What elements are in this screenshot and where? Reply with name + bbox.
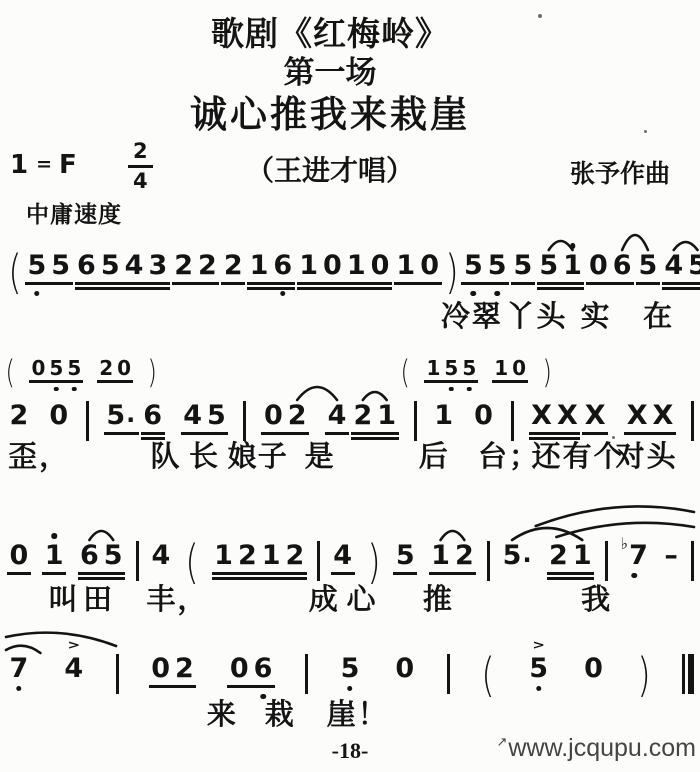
beam-segment: 1212 [211,542,308,582]
beat-group: 55 [24,252,74,292]
note-glyph: 2 [175,655,194,682]
note: 5> [529,655,548,682]
beam-segment: 45 [661,252,700,292]
octave-dot-low [467,387,472,392]
slur [622,235,648,250]
note-glyph: 1 [250,252,269,279]
lyric-syllable: 实 [580,302,611,334]
beam-segment: 02 [148,655,198,695]
note-glyph: 1 [396,252,415,279]
beam-segment: 5 [337,655,363,695]
note: 0 [395,655,414,682]
note: 5· [106,402,136,429]
octave-dot-high [570,243,576,249]
note: 6 [613,252,632,279]
note: 5 [341,655,360,682]
note: 1 [494,358,508,378]
beam-line [529,437,581,440]
note: 2 [288,402,307,429]
note-glyph: 1 [347,252,366,279]
beam-line [331,572,355,575]
note-glyph: 2 [455,542,474,569]
note: 0 [264,402,283,429]
note-glyph: 5 [539,252,558,279]
watermark: ↗www.jcqupu.com [497,735,696,761]
sheet-music-page: 歌剧《红梅岭》 第一场 诚心推我来栽崖 1=F 2 4 （王进才唱） 张予作曲 … [0,0,700,772]
slur [297,387,337,400]
beam-segment: 0 [392,655,418,695]
note: 1 [45,542,64,569]
paren: ) [148,358,157,386]
beam-segment: 0 [46,402,72,442]
octave-dot-low [631,573,637,579]
beat-group: 551 [510,252,585,292]
note: X [653,402,674,429]
note-glyph: 5 [207,402,226,429]
beam-segment: 5 [392,542,418,582]
beam-line [547,572,595,575]
note: 4 [152,542,171,569]
note: 1 [377,402,396,429]
note-glyph: 0 [589,252,608,279]
beam-segment: 12 [428,542,478,582]
note-glyph: 1 [431,542,450,569]
beat-group: 1010 [296,252,393,292]
beat-group: 155 [423,358,479,388]
note: 5 [49,358,63,378]
beat-group: 5> [526,655,552,695]
beam-line [537,282,585,285]
note-glyph: 1 [299,252,318,279]
lyric-syllable: 是 [305,442,336,474]
note: 2 [224,252,243,279]
note-glyph: 1 [377,402,396,429]
lyric-syllable: 娘 [228,442,259,474]
note-glyph: 1 [494,358,508,378]
paren: ) [543,358,552,386]
note-glyph: 1 [262,542,281,569]
beam-segment: X [581,402,609,442]
note-glyph: 0 [31,358,45,378]
flat-icon: ♭ [621,536,629,563]
beam-segment: 1 [41,542,67,582]
beam-line [212,577,307,580]
note: 0 [49,402,68,429]
beam-segment: 4 [324,402,350,442]
slur [6,646,40,653]
note: 7 [10,655,29,682]
note-glyph: – [664,542,678,569]
octave-dot-high [51,533,57,539]
beam-line [424,380,478,383]
barline [605,541,608,581]
beam-segment: 51 [536,252,586,292]
note-glyph: 1 [45,542,64,569]
slur [6,633,116,646]
beam-segment: 055 [28,358,84,388]
note: 1 [563,252,582,279]
note: 0 [151,655,170,682]
note-glyph: 0 [10,542,29,569]
beam-segment: 7 [6,655,32,695]
note-glyph: 5 [444,358,458,378]
octave-dot-low [347,686,353,692]
note-glyph: 2 [288,402,307,429]
note-glyph: 5 [396,542,415,569]
note-glyph: 0 [117,358,131,378]
note-glyph: 5 [529,655,548,682]
note-glyph: 6 [613,252,632,279]
augmentation-dot: · [126,408,135,432]
note: 0 [589,252,608,279]
lyric-line-1: 冷翠丫头实在 [6,302,694,336]
beam-segment: 22 [171,252,221,292]
note: 2 [198,252,217,279]
beat-group: 5·6 [103,402,166,442]
final-barline-thin [682,654,685,694]
octave-dot-low [471,291,477,297]
final-barline [682,654,694,694]
note-glyph: 5 [104,542,123,569]
note-glyph: 5 [101,252,120,279]
lyric-syllable: 成 [309,585,340,617]
beam-segment: 1010 [296,252,393,292]
lyric-syllable: 心 [347,585,378,617]
note-glyph: 7 [10,655,29,682]
beam-segment: 06 [226,655,276,695]
octave-dot-low [536,686,542,692]
note: 6 [80,542,99,569]
note-glyph: X [585,402,606,429]
note: 0 [10,542,29,569]
beam-line [297,287,392,290]
note: 5· [503,542,533,569]
beam-segment: 16 [246,252,296,292]
beat-group: 0 [6,542,32,582]
beat-group: 7 [6,655,32,695]
note: 0 [512,358,526,378]
slur [512,528,582,540]
beat-group: 055 [28,358,84,388]
beam-segment: 06 [585,252,635,292]
accent-icon: > [67,640,80,652]
note: 6 [143,402,162,429]
beam-segment: 5· [103,402,140,442]
beam-segment: 55 [24,252,74,292]
note: X [557,402,578,429]
slur [89,531,113,540]
beat-group: 02 [260,402,310,442]
beat-group: 65 [77,542,127,582]
note-glyph: 0 [420,252,439,279]
beat-group: 21 [546,542,596,582]
beam-segment: 4> [61,655,87,695]
beam-line [221,282,245,285]
beam-line [227,685,275,688]
lyric-line-4: 来栽崖！ [6,700,694,734]
octave-dot-low [54,387,59,392]
note: 2 [10,402,29,429]
barline [691,541,694,581]
beam-segment: 21 [350,402,400,442]
note: 6 [254,655,273,682]
barline [136,541,139,581]
note: 5 [444,358,458,378]
note-glyph: 0 [371,252,390,279]
beam-segment: – [661,542,682,582]
lyric-syllable: 丫头 [505,302,567,334]
note: 1 [347,252,366,279]
note: 5 [207,402,226,429]
beat-group: – [661,542,682,582]
lyric-syllable: 崖！ [327,700,389,732]
note: 5 [27,252,46,279]
beam-line [547,577,595,580]
beam-line [78,577,126,580]
cue-figure-1: (05520) [4,358,159,388]
note-glyph: 2 [10,402,29,429]
note: 2 [353,402,372,429]
beam-segment: 5 [510,252,536,292]
note: 2 [286,542,305,569]
barline [116,654,119,694]
lyric-syllable: 田 [83,585,114,617]
note: 2 [174,252,193,279]
lyric-syllable: 丰， [146,585,208,617]
note: 5 [639,252,658,279]
note-glyph: X [557,402,578,429]
note: 0 [584,655,603,682]
composer-credit: 张予作曲 [570,154,670,190]
beat-group: 12 [428,542,478,582]
note: 0 [420,252,439,279]
note: 0 [117,358,131,378]
note: 5 [514,252,533,279]
beam-line [261,432,309,435]
final-barline-thick [688,654,694,694]
beam-segment: 45 [180,402,230,442]
note-glyph: 0 [395,655,414,682]
note: – [664,542,678,569]
note-glyph: 6 [77,252,96,279]
note: 1 [573,542,592,569]
beam-line [351,432,399,435]
note-glyph: 0 [49,402,68,429]
note: 1 [250,252,269,279]
beam-line [394,282,442,285]
beam-line [393,572,417,575]
beam-segment: 2 [6,402,32,442]
beat-group: XXX [528,402,609,442]
beam-segment: 4 [148,542,174,582]
lyric-syllable: 后 [419,442,450,474]
note-glyph: 5 [688,252,700,279]
beam-segment: XX [623,402,677,442]
note-glyph: 4 [333,542,352,569]
accent-icon: > [532,640,545,652]
note-glyph: 0 [323,252,342,279]
note: 2 [99,358,113,378]
slur [441,531,465,540]
note: 5 [101,252,120,279]
beat-group: 1212 [211,542,308,582]
music-line-1: (55654322216101010)5555106545 [6,252,694,292]
note: 4 [183,402,202,429]
beam-segment: 5 [635,252,661,292]
lyric-syllable: 叫 [49,585,80,617]
beat-group: 1 [41,542,67,582]
beat-group: 02 [148,655,198,695]
note-glyph: 6 [80,542,99,569]
note-glyph: 5 [488,252,507,279]
barline [305,654,308,694]
note: 2 [455,542,474,569]
beam-line [537,287,585,290]
beam-line [78,572,126,575]
music-line-3: 01654(12124)5125·21♭7– [6,542,694,582]
note-glyph: 6 [143,402,162,429]
paren: ) [445,252,458,292]
paren: ) [638,655,651,695]
note-glyph: 2 [549,542,568,569]
slur [363,392,387,400]
note: 1 [431,542,450,569]
beam-segment: 10 [491,358,529,388]
beam-line [662,282,700,285]
augmentation-dot: · [522,548,531,572]
note-glyph: 1 [573,542,592,569]
note: X [627,402,648,429]
paren: ) [367,542,380,582]
beat-group: 4> [61,655,87,695]
beam-line [325,432,349,435]
beam-line [29,380,83,383]
beat-group: 545 [635,252,700,292]
note-glyph: 5 [49,358,63,378]
note-glyph: 2 [353,402,372,429]
note-glyph: 0 [474,402,493,429]
note: 0 [474,402,493,429]
note-glyph: 5 [503,542,522,569]
note: 0 [323,252,342,279]
note-glyph: 5 [27,252,46,279]
lyric-syllable: 子 [258,442,289,474]
note: 2 [549,542,568,569]
note-glyph: 4 [125,252,144,279]
beat-group: 6543 [74,252,171,292]
beat-group: 421 [324,402,399,442]
note-glyph: 4 [183,402,202,429]
paren: ( [481,655,494,695]
beam-line [351,437,399,440]
note-glyph: 3 [148,252,167,279]
beam-segment: 0 [581,655,607,695]
beam-segment: ♭7 [617,542,651,582]
beat-group: 06 [226,655,276,695]
barline [511,401,514,441]
octave-dot-low [449,387,454,392]
cue-figure-2: (15510) [399,358,554,388]
barline [414,401,417,441]
beam-line [297,282,392,285]
lyric-syllable: 栽 [265,700,296,732]
print-speck [644,130,647,133]
beam-line [141,432,165,435]
beam-segment: 6543 [74,252,171,292]
beam-segment: 155 [423,358,479,388]
beam-line [624,432,676,435]
beam-segment: 5· [499,542,536,582]
beam-line [42,572,66,575]
note-glyph: 6 [254,655,273,682]
beam-segment: 6 [140,402,166,442]
lyric-syllable: 对头 [616,442,678,474]
note: 1 [262,542,281,569]
note: 6 [77,252,96,279]
note: 5 [104,542,123,569]
note: 4 [328,402,347,429]
note: 2 [175,655,194,682]
beat-group: XX [623,402,677,442]
note-glyph: 5 [341,655,360,682]
note: 0 [230,655,249,682]
note: X [585,402,606,429]
beam-segment: 2 [220,252,246,292]
lyric-line-2: 歪，队长娘子是后台；还有个对头 [6,442,694,476]
note: 1 [214,542,233,569]
beat-group: 2 [6,402,32,442]
note-glyph: 4 [664,252,683,279]
beat-group: 06 [585,252,635,292]
beam-line [181,432,229,435]
note-glyph: 1 [434,402,453,429]
beam-line [25,282,73,285]
note: 1 [299,252,318,279]
note: 5 [464,252,483,279]
note-glyph: 1 [214,542,233,569]
beam-line [104,432,139,435]
note-glyph: 4 [152,542,171,569]
note: 1 [434,402,453,429]
beam-line [429,572,477,575]
barline [86,401,89,441]
note-glyph: X [531,402,552,429]
note: 0 [371,252,390,279]
beam-line [212,572,307,575]
note-glyph: 0 [230,655,249,682]
note: 1 [396,252,415,279]
beam-segment: XX [528,402,582,442]
beam-segment: 0 [471,402,497,442]
print-speck [538,14,542,18]
octave-dot-low [34,291,40,297]
beam-segment: 02 [260,402,310,442]
watermark-url: www.jcqupu.com [508,734,696,762]
paren: ( [6,358,15,386]
note: 4 [664,252,683,279]
lyric-syllable: 在 [643,302,674,334]
note: 5 [67,358,81,378]
song-title: 诚心推我来栽崖 [0,84,660,138]
beat-group: ♭7 [617,542,651,582]
beat-group: 216 [220,252,295,292]
beam-line [511,282,535,285]
note: 5 [396,542,415,569]
beat-group: 20 [96,358,134,388]
note: X [531,402,552,429]
barline [243,401,246,441]
beat-group: 45 [180,402,230,442]
